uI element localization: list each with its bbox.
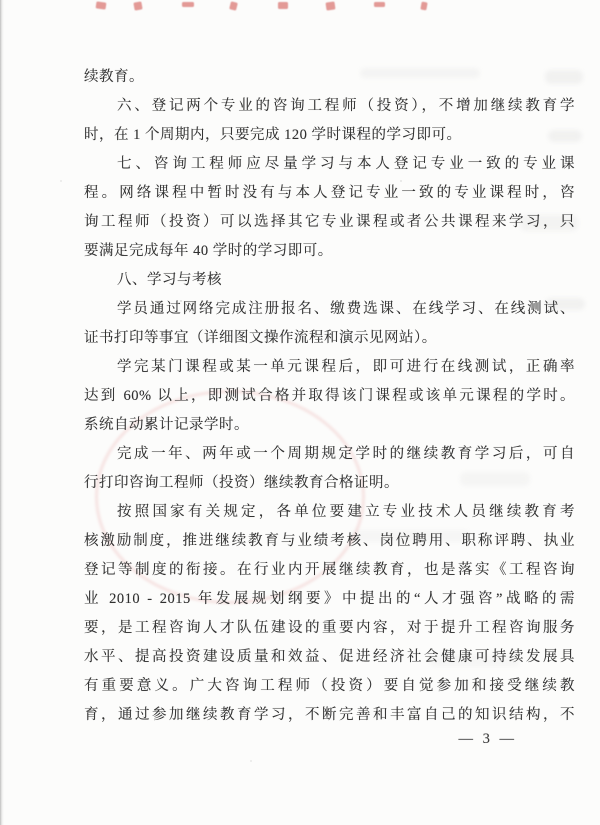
text-line: 育，通过参加继续教育学习，不断完善和丰富自己的知识结构，不 (84, 701, 575, 730)
red-ink-remnant (229, 1, 238, 10)
red-ink-remnant (133, 1, 142, 10)
page-number: — 3 — (459, 728, 518, 750)
text-line: 有重要意义。广大咨询工程师（投资）要自觉参加和接受继续教 (84, 672, 575, 701)
red-ink-remnant (325, 1, 335, 10)
document-body: 续教育。六、登记两个专业的咨询工程师（投资），不增加继续教育学时，在 1 个周期… (84, 63, 575, 730)
text-line: 核激励制度，推进继续教育与业绩考核、岗位聘用、职称评聘、执业 (84, 527, 575, 556)
scanned-document-page: 续教育。六、登记两个专业的咨询工程师（投资），不增加继续教育学时，在 1 个周期… (0, 0, 600, 825)
text-line: 登记等制度的衔接。在行业内开展继续教育，也是落实《工程咨询 (84, 556, 575, 585)
text-line: 系统自动累计记录学时。 (84, 411, 575, 440)
text-line: 续教育。 (84, 63, 575, 92)
red-ink-remnant (374, 2, 385, 7)
text-line: 询工程师（投资）可以选择其它专业课程或者公共课程来学习，只 (84, 208, 575, 237)
text-line: 水平、提高投资建设质量和效益、促进经济社会健康可持续发展具 (84, 643, 575, 672)
scan-left-edge-shadow (0, 0, 4, 825)
text-line: 六、登记两个专业的咨询工程师（投资），不增加继续教育学 (84, 92, 575, 121)
text-line: 时，在 1 个周期内，只要完成 120 学时课程的学习即可。 (84, 121, 575, 150)
text-line: 要满足完成每年 40 学时的学习即可。 (84, 237, 575, 266)
text-line: 七、咨询工程师应尽量学习与本人登记专业一致的专业课 (84, 150, 575, 179)
text-line: 程。网络课程中暂时没有与本人登记专业一致的专业课程时，咨 (84, 179, 575, 208)
text-line: 学完某门课程或某一单元课程后，即可进行在线测试，正确率 (84, 353, 575, 382)
text-line: 完成一年、两年或一个周期规定学时的继续教育学习后，可自 (84, 440, 575, 469)
text-line: 达到 60% 以上，即测试合格并取得该门课程或该单元课程的学时。 (84, 382, 575, 411)
red-ink-remnant (96, 1, 107, 9)
text-line: 学员通过网络完成注册报名、缴费选课、在线学习、在线测试、 (84, 295, 575, 324)
red-ink-remnant (182, 2, 194, 7)
text-line: 证书打印等事宜（详细图文操作流程和演示见网站）。 (84, 324, 575, 353)
text-line: 按照国家有关规定，各单位要建立专业技术人员继续教育考 (84, 498, 575, 527)
scan-speckles (0, 0, 2, 2)
text-line: 要，是工程咨询人才队伍建设的重要内容，对于提升工程咨询服务 (84, 614, 575, 643)
red-ink-remnant (278, 2, 288, 9)
text-line: 八、学习与考核 (84, 266, 575, 295)
red-ink-remnant (420, 2, 427, 11)
text-line: 业 2010 - 2015 年发展规划纲要》中提出的“人才强咨”战略的需 (84, 585, 575, 614)
text-line: 行打印咨询工程师（投资）继续教育合格证明。 (84, 469, 575, 498)
